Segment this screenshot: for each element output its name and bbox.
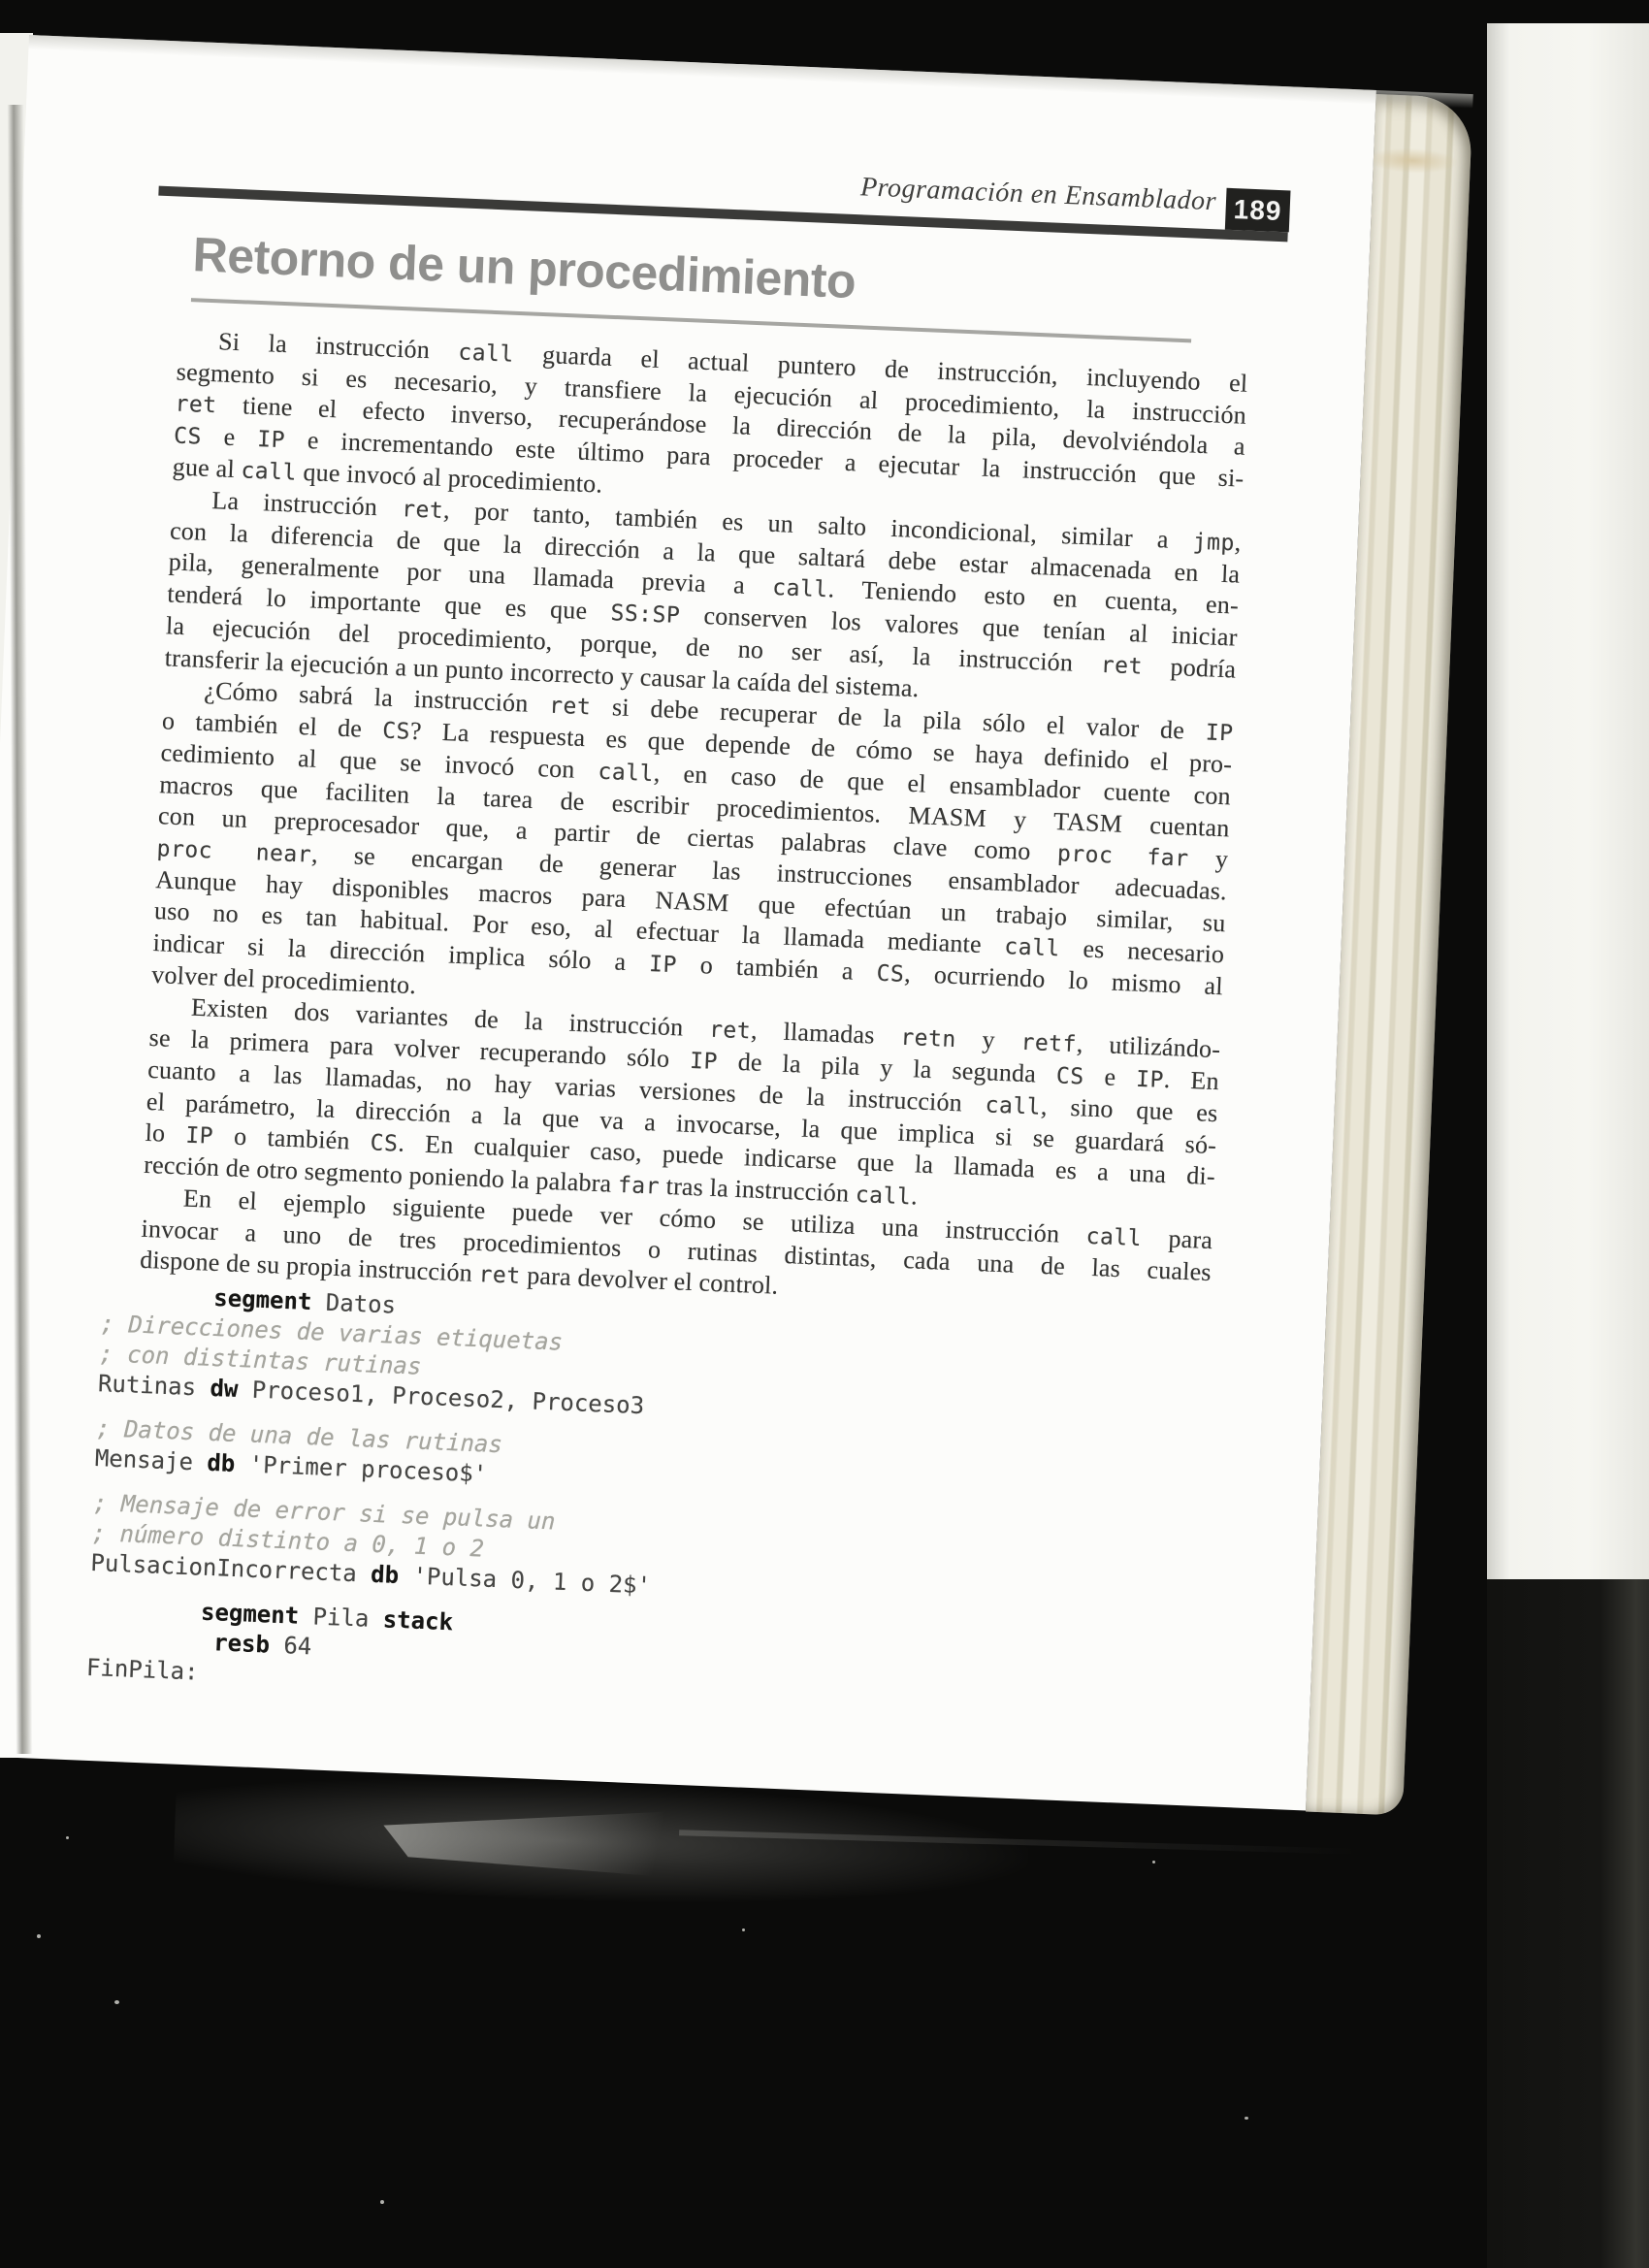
inline-code: proc far [1056,841,1189,872]
inline-code: proc near [156,836,311,868]
inline-code: resb [213,1629,271,1658]
scanner-lid-strip [1487,23,1649,1579]
inline-code: jmp [1192,530,1235,557]
scanned-book-photocopy: { "document": { "running_header": { "tit… [0,0,1649,2268]
inline-code: ret [478,1262,521,1289]
inline-code: call [1085,1224,1142,1251]
inline-code: call [772,575,828,602]
inline-code: retf [1020,1030,1077,1057]
inline-code: dw [210,1375,239,1403]
dust-speck [380,2200,384,2204]
inline-code: SS:SP [610,600,681,629]
inline-code: CS [876,961,905,988]
inline-code: call [598,760,654,787]
book-page-group: Programación en Ensamblador 189 Retorno … [0,35,1473,1820]
dust-speck [66,1836,69,1839]
inline-code: ret [402,497,444,524]
inline-code: db [207,1449,236,1477]
inline-code: CS [1055,1063,1084,1089]
page-number-badge: 189 [1225,188,1291,233]
inline-code: stack [382,1605,453,1636]
inline-code: CS [370,1130,399,1156]
inline-code: segment [201,1599,300,1630]
inline-code: ret [1100,653,1143,680]
inline-code: call [241,458,297,485]
inline-code: far [617,1173,660,1200]
inline-code: IP [1136,1067,1165,1093]
inline-code: call [855,1183,911,1210]
inline-code: call [1004,934,1060,961]
inline-code: call [458,340,514,367]
inline-code: db [371,1561,400,1589]
inline-code: IP [257,427,286,453]
inline-code: IP [185,1123,214,1150]
inline-code: IP [690,1049,719,1075]
scanner-lid-strip-lower [1487,1579,1649,2268]
dust-speck [114,2000,119,2004]
inline-code: retn [900,1025,956,1053]
inline-code: CS [174,423,203,449]
inline-code: ret [549,694,592,721]
inline-code: IP [649,952,678,978]
section-title: Retorno de un procedimiento [192,226,857,309]
dust-speck [1152,1861,1155,1863]
inline-code: IP [1205,720,1234,746]
dust-speck [742,1928,745,1931]
inline-code: ret [175,392,217,419]
body-text: Si la instrucción call guarda el actual … [140,325,1248,1320]
code-listing: segment Datos; Direcciones de varias eti… [85,1279,663,1705]
inline-code: CS [382,719,411,745]
page-number: 189 [1233,194,1282,227]
inline-code: call [985,1092,1041,1119]
dust-speck [37,1934,41,1938]
dust-speck [1245,2117,1248,2120]
scanned-page: Programación en Ensamblador 189 Retorno … [0,35,1376,1811]
inline-code: segment [213,1284,312,1315]
inline-code: ret [709,1018,752,1045]
